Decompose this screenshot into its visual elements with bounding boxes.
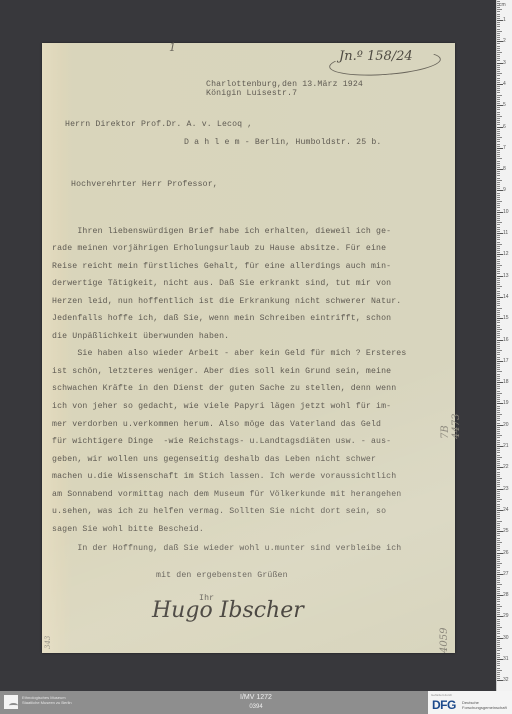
ruler-minor-tick bbox=[497, 450, 500, 451]
ruler-minor-tick bbox=[497, 395, 500, 396]
ruler-minor-tick bbox=[497, 418, 500, 419]
ruler-minor-tick bbox=[497, 316, 500, 317]
ruler-minor-tick bbox=[497, 193, 500, 194]
ruler-minor-tick bbox=[497, 410, 500, 411]
ruler-minor-tick bbox=[497, 627, 502, 628]
ruler-minor-tick bbox=[497, 399, 500, 400]
ruler-minor-tick bbox=[497, 333, 500, 334]
ruler-minor-tick bbox=[497, 67, 500, 68]
ruler-minor-tick bbox=[497, 3, 500, 4]
ruler-minor-tick bbox=[497, 593, 500, 594]
ruler-label: 4 bbox=[503, 82, 506, 87]
ruler-minor-tick bbox=[497, 469, 500, 470]
ruler-minor-tick bbox=[497, 386, 500, 387]
ruler-minor-tick bbox=[497, 95, 502, 96]
margin-note-bottom-right: 4059 bbox=[439, 628, 450, 653]
ruler-minor-tick bbox=[497, 65, 500, 66]
closing: mit den ergebensten Grüßen bbox=[156, 571, 288, 581]
signature: Hugo Ibscher bbox=[152, 598, 304, 623]
ruler-minor-tick bbox=[497, 589, 500, 590]
ruler-minor-tick bbox=[497, 129, 500, 130]
ruler-minor-tick bbox=[497, 135, 500, 136]
ruler-minor-tick bbox=[497, 653, 500, 654]
ruler-minor-tick bbox=[497, 152, 500, 153]
ruler-minor-tick bbox=[497, 50, 500, 51]
ruler-minor-tick bbox=[497, 295, 500, 296]
body-line: die Unpäßlichkeit überwunden haben. bbox=[52, 332, 229, 342]
ruler-minor-tick bbox=[497, 380, 500, 381]
ruler-minor-tick bbox=[497, 397, 500, 398]
ruler-minor-tick bbox=[497, 401, 500, 402]
ruler-minor-tick bbox=[497, 376, 500, 377]
ruler-minor-tick bbox=[497, 56, 500, 57]
ruler-minor-tick bbox=[497, 325, 500, 326]
ruler-minor-tick bbox=[497, 231, 500, 232]
ruler-minor-tick bbox=[497, 465, 500, 466]
ruler-minor-tick bbox=[497, 92, 500, 93]
ruler-minor-tick bbox=[497, 482, 500, 483]
ruler-minor-tick bbox=[497, 648, 502, 649]
ruler-label: 18 bbox=[503, 380, 509, 385]
ruler-label: 9 bbox=[503, 188, 506, 193]
ruler-minor-tick bbox=[497, 365, 500, 366]
ruler-label: 26 bbox=[503, 551, 509, 556]
ruler-minor-tick bbox=[497, 363, 500, 364]
ruler-minor-tick bbox=[497, 120, 500, 121]
ruler-minor-tick bbox=[497, 412, 500, 413]
ruler-minor-tick bbox=[497, 378, 500, 379]
ruler-minor-tick bbox=[497, 614, 500, 615]
ruler-minor-tick bbox=[497, 623, 500, 624]
ruler-minor-tick bbox=[497, 261, 500, 262]
ruler-minor-tick bbox=[497, 312, 500, 313]
ruler-minor-tick bbox=[497, 54, 500, 55]
ruler-minor-tick bbox=[497, 604, 500, 605]
ruler-minor-tick bbox=[497, 80, 500, 81]
margin-note-right: 7B 4473 bbox=[440, 414, 462, 439]
ruler-minor-tick bbox=[497, 420, 500, 421]
ruler-minor-tick bbox=[497, 82, 500, 83]
ruler-minor-tick bbox=[497, 493, 500, 494]
ruler-minor-tick bbox=[497, 322, 500, 323]
ruler-minor-tick bbox=[497, 35, 500, 36]
ruler-minor-tick bbox=[497, 214, 500, 215]
ruler-minor-tick bbox=[497, 393, 502, 394]
ruler-minor-tick bbox=[497, 201, 502, 202]
ruler-minor-tick bbox=[497, 491, 500, 492]
ruler-minor-tick bbox=[497, 391, 500, 392]
recipient-line-1: Herrn Direktor Prof.Dr. A. v. Lecoq , bbox=[65, 120, 252, 130]
ruler-minor-tick bbox=[497, 163, 500, 164]
sender-address: Königin Luisestr.7 bbox=[206, 89, 297, 99]
ruler-minor-tick bbox=[497, 137, 502, 138]
ruler-minor-tick bbox=[497, 75, 500, 76]
ruler-minor-tick bbox=[497, 408, 500, 409]
ruler-minor-tick bbox=[497, 22, 500, 23]
ruler-minor-tick bbox=[497, 73, 502, 74]
ruler-minor-tick bbox=[497, 476, 500, 477]
ruler-minor-tick bbox=[497, 478, 502, 479]
ruler-minor-tick bbox=[497, 288, 500, 289]
ruler-minor-tick bbox=[497, 141, 500, 142]
body-line: ich von jeher so gedacht, wie viele Papy… bbox=[52, 402, 391, 412]
ruler-minor-tick bbox=[497, 239, 500, 240]
ruler-label: 32 bbox=[503, 678, 509, 683]
ruler-minor-tick bbox=[497, 97, 500, 98]
ruler-minor-tick bbox=[497, 293, 500, 294]
ruler-minor-tick bbox=[497, 374, 500, 375]
ruler-minor-tick bbox=[497, 497, 500, 498]
ruler-minor-tick bbox=[497, 154, 500, 155]
ruler-minor-tick bbox=[497, 435, 502, 436]
ruler-label: 8 bbox=[503, 167, 506, 172]
body-line: geben, wir wollen uns gegenseitig deshal… bbox=[52, 455, 376, 465]
body-line: u.sehen, was ich zu helfen vermag. Sollt… bbox=[52, 507, 386, 517]
ruler-minor-tick bbox=[497, 650, 500, 651]
ruler-minor-tick bbox=[497, 171, 500, 172]
ruler-minor-tick bbox=[497, 457, 502, 458]
measurement-ruler: cm 1234567891011121314151617181920212223… bbox=[496, 0, 512, 691]
ruler-minor-tick bbox=[497, 348, 500, 349]
ruler-label: 28 bbox=[503, 593, 509, 598]
ruler-minor-tick bbox=[497, 182, 500, 183]
ruler-minor-tick bbox=[497, 90, 500, 91]
ruler-label: 13 bbox=[503, 274, 509, 279]
ruler-minor-tick bbox=[497, 427, 500, 428]
ruler-minor-tick bbox=[497, 291, 500, 292]
body-line: Ihren liebenswürdigen Brief habe ich erh… bbox=[52, 227, 391, 237]
ruler-label: 10 bbox=[503, 210, 509, 215]
ruler-label: 2 bbox=[503, 39, 506, 44]
ruler-minor-tick bbox=[497, 506, 500, 507]
ruler-minor-tick bbox=[497, 173, 500, 174]
ruler-minor-tick bbox=[497, 606, 502, 607]
ruler-minor-tick bbox=[497, 633, 500, 634]
ruler-minor-tick bbox=[497, 555, 500, 556]
ruler-minor-tick bbox=[497, 674, 500, 675]
body-line: derwertige Tätigkeit, nicht aus. Daß Sie… bbox=[52, 279, 391, 289]
ruler-minor-tick bbox=[497, 301, 500, 302]
ruler-unit-label: cm bbox=[499, 2, 506, 8]
body-line: rade meinen vorjährigen Erholungsurlaub … bbox=[52, 244, 386, 254]
ruler-minor-tick bbox=[497, 440, 500, 441]
ruler-minor-tick bbox=[497, 580, 500, 581]
ruler-minor-tick bbox=[497, 329, 502, 330]
body-line: Jedenfalls hoffe ich, daß Sie, wenn mein… bbox=[52, 314, 391, 324]
ruler-minor-tick bbox=[497, 1, 500, 2]
ruler-minor-tick bbox=[497, 207, 500, 208]
ruler-minor-tick bbox=[497, 369, 500, 370]
body-line: In der Hoffnung, daß Sie wieder wohl u.m… bbox=[52, 544, 401, 554]
body-line: schwachen Kräfte in den Dienst der guten… bbox=[52, 384, 396, 394]
ruler-minor-tick bbox=[497, 495, 500, 496]
ruler-minor-tick bbox=[497, 665, 500, 666]
ruler-minor-tick bbox=[497, 516, 500, 517]
sponsor-supported-by: Gefördert durch bbox=[431, 693, 452, 697]
body-line: machen u.die Wissenschaft im Stich lasse… bbox=[52, 472, 396, 482]
ruler-minor-tick bbox=[497, 144, 500, 145]
ruler-minor-tick bbox=[497, 218, 500, 219]
ruler-label: 6 bbox=[503, 125, 506, 130]
ruler-minor-tick bbox=[497, 416, 500, 417]
ruler-minor-tick bbox=[497, 26, 500, 27]
ruler-minor-tick bbox=[497, 480, 500, 481]
ruler-minor-tick bbox=[497, 548, 500, 549]
ruler-minor-tick bbox=[497, 431, 500, 432]
ruler-minor-tick bbox=[497, 619, 500, 620]
ruler-minor-tick bbox=[497, 150, 500, 151]
ruler-minor-tick bbox=[497, 242, 500, 243]
ruler-minor-tick bbox=[497, 672, 500, 673]
ruler-minor-tick bbox=[497, 320, 500, 321]
ruler-label: 20 bbox=[503, 423, 509, 428]
ruler-minor-tick bbox=[497, 423, 500, 424]
ruler-minor-tick bbox=[497, 178, 500, 179]
ruler-minor-tick bbox=[497, 175, 500, 176]
salutation: Hochverehrter Herr Professor, bbox=[71, 180, 218, 190]
ruler-minor-tick bbox=[497, 88, 500, 89]
recipient-line-2: D a h l e m - Berlin, Humboldstr. 25 b. bbox=[184, 138, 381, 148]
ruler-minor-tick bbox=[497, 259, 500, 260]
ruler-label: 24 bbox=[503, 508, 509, 513]
ruler-minor-tick bbox=[497, 582, 500, 583]
ruler-label: 11 bbox=[503, 231, 508, 236]
ruler-minor-tick bbox=[497, 124, 500, 125]
ruler-minor-tick bbox=[497, 570, 500, 571]
ruler-minor-tick bbox=[497, 525, 500, 526]
ruler-label: 17 bbox=[503, 359, 509, 364]
ruler-minor-tick bbox=[497, 567, 500, 568]
ruler-minor-tick bbox=[497, 186, 500, 187]
ruler-minor-tick bbox=[497, 538, 500, 539]
ruler-minor-tick bbox=[497, 244, 502, 245]
ruler-label: 21 bbox=[503, 444, 509, 449]
ruler-minor-tick bbox=[497, 103, 500, 104]
ruler-minor-tick bbox=[497, 406, 500, 407]
ruler-minor-tick bbox=[497, 165, 500, 166]
body-line: sagen Sie wohl bitte Bescheid. bbox=[52, 525, 204, 535]
ruler-minor-tick bbox=[497, 271, 500, 272]
ruler-minor-tick bbox=[497, 668, 500, 669]
ruler-minor-tick bbox=[497, 640, 500, 641]
ruler-minor-tick bbox=[497, 11, 500, 12]
ruler-minor-tick bbox=[497, 486, 500, 487]
ruler-minor-tick bbox=[497, 384, 500, 385]
body-line: mer verdorben u.verkommen herum. Also mö… bbox=[52, 420, 381, 430]
ruler-minor-tick bbox=[497, 156, 500, 157]
viewer-footer: Ethnologisches Museum Staatliche Museen … bbox=[0, 691, 512, 714]
ruler-minor-tick bbox=[497, 314, 500, 315]
ruler-label: 12 bbox=[503, 252, 509, 257]
ruler-label: 23 bbox=[503, 487, 509, 492]
body-line: ist schön, letzteres weniger. Aber dies … bbox=[52, 367, 391, 377]
ruler-minor-tick bbox=[497, 342, 500, 343]
ruler-minor-tick bbox=[497, 60, 500, 61]
ruler-minor-tick bbox=[497, 472, 500, 473]
sponsor-name-line-2: Forschungsgemeinschaft bbox=[462, 705, 507, 710]
ruler-minor-tick bbox=[497, 444, 500, 445]
ruler-minor-tick bbox=[497, 642, 500, 643]
ruler-minor-tick bbox=[497, 282, 500, 283]
ruler-minor-tick bbox=[497, 114, 500, 115]
ruler-minor-tick bbox=[497, 86, 500, 87]
ruler-minor-tick bbox=[497, 5, 500, 6]
ruler-minor-tick bbox=[497, 158, 502, 159]
ruler-minor-tick bbox=[497, 504, 500, 505]
ruler-minor-tick bbox=[497, 661, 500, 662]
ruler-minor-tick bbox=[497, 224, 500, 225]
ruler-minor-tick bbox=[497, 278, 500, 279]
ruler-label: 3 bbox=[503, 61, 506, 66]
ruler-minor-tick bbox=[497, 631, 500, 632]
ruler-minor-tick bbox=[497, 429, 500, 430]
ruler-label: 29 bbox=[503, 614, 509, 619]
ruler-minor-tick bbox=[497, 118, 500, 119]
ruler-minor-tick bbox=[497, 227, 500, 228]
ruler-minor-tick bbox=[497, 455, 500, 456]
ruler-minor-tick bbox=[497, 303, 500, 304]
ruler-minor-tick bbox=[497, 280, 500, 281]
ruler-minor-tick bbox=[497, 146, 500, 147]
ruler-minor-tick bbox=[497, 676, 500, 677]
ruler-minor-tick bbox=[497, 563, 502, 564]
ruler-minor-tick bbox=[497, 474, 500, 475]
ruler-minor-tick bbox=[497, 499, 502, 500]
ruler-minor-tick bbox=[497, 601, 500, 602]
ruler-minor-tick bbox=[497, 248, 500, 249]
ruler-minor-tick bbox=[497, 629, 500, 630]
ruler-minor-tick bbox=[497, 33, 500, 34]
ruler-minor-tick bbox=[497, 269, 500, 270]
ruler-minor-tick bbox=[497, 46, 500, 47]
ruler-minor-tick bbox=[497, 43, 500, 44]
ruler-minor-tick bbox=[497, 331, 500, 332]
ruler-label: 14 bbox=[503, 295, 509, 300]
ruler-minor-tick bbox=[497, 246, 500, 247]
ruler-minor-tick bbox=[497, 344, 500, 345]
ruler-label: 1 bbox=[503, 18, 506, 23]
ruler-minor-tick bbox=[497, 48, 500, 49]
body-line: für wichtigere Dinge -wie Reichstags- u.… bbox=[52, 437, 391, 447]
ruler-minor-tick bbox=[497, 636, 500, 637]
ruler-minor-tick bbox=[497, 357, 500, 358]
ruler-minor-tick bbox=[497, 621, 500, 622]
ruler-minor-tick bbox=[497, 327, 500, 328]
ruler-label: 27 bbox=[503, 572, 509, 577]
ruler-minor-tick bbox=[497, 546, 500, 547]
ruler-minor-tick bbox=[497, 139, 500, 140]
ruler-minor-tick bbox=[497, 367, 500, 368]
ruler-minor-tick bbox=[497, 463, 500, 464]
ruler-minor-tick bbox=[497, 216, 500, 217]
ruler-minor-tick bbox=[497, 644, 500, 645]
ruler-minor-tick bbox=[497, 557, 500, 558]
ruler-minor-tick bbox=[497, 161, 500, 162]
ruler-minor-tick bbox=[497, 572, 500, 573]
ruler-minor-tick bbox=[497, 625, 500, 626]
ruler-minor-tick bbox=[497, 371, 502, 372]
ruler-minor-tick bbox=[497, 39, 500, 40]
ruler-minor-tick bbox=[497, 512, 500, 513]
ruler-label: 25 bbox=[503, 529, 509, 534]
page-mark: 1 bbox=[169, 41, 176, 54]
ruler-minor-tick bbox=[497, 459, 500, 460]
ruler-minor-tick bbox=[497, 109, 500, 110]
ruler-minor-tick bbox=[497, 514, 500, 515]
body-line: Reise reicht mein fürstliches Gehalt, fü… bbox=[52, 262, 391, 272]
ruler-minor-tick bbox=[497, 29, 500, 30]
ruler-minor-tick bbox=[497, 203, 500, 204]
ruler-minor-tick bbox=[497, 52, 502, 53]
ruler-minor-tick bbox=[497, 18, 500, 19]
ruler-minor-tick bbox=[497, 354, 500, 355]
ruler-label: 30 bbox=[503, 636, 509, 641]
ruler-minor-tick bbox=[497, 222, 502, 223]
ruler-minor-tick bbox=[497, 359, 500, 360]
ruler-minor-tick bbox=[497, 484, 500, 485]
ruler-minor-tick bbox=[497, 501, 500, 502]
archive-reference: Jn.º 158/24 bbox=[339, 49, 413, 64]
ruler-minor-tick bbox=[497, 184, 500, 185]
ruler-minor-tick bbox=[497, 565, 500, 566]
ruler-minor-tick bbox=[497, 237, 500, 238]
ruler-label: 16 bbox=[503, 338, 509, 343]
ruler-minor-tick bbox=[497, 346, 500, 347]
dfg-logo-icon: DFG bbox=[432, 698, 456, 712]
ruler-minor-tick bbox=[497, 518, 500, 519]
ruler-minor-tick bbox=[497, 58, 500, 59]
ruler-minor-tick bbox=[497, 310, 500, 311]
body-line: Sie haben also wieder Arbeit - aber kein… bbox=[52, 349, 406, 359]
ruler-minor-tick bbox=[497, 31, 502, 32]
ruler-minor-tick bbox=[497, 273, 500, 274]
ruler-minor-tick bbox=[497, 265, 502, 266]
ruler-minor-tick bbox=[497, 99, 500, 100]
ruler-minor-tick bbox=[497, 122, 500, 123]
body-line: am Sonnabend vormittag nach dem Museum f… bbox=[52, 490, 401, 500]
ruler-minor-tick bbox=[497, 414, 502, 415]
ruler-minor-tick bbox=[497, 597, 500, 598]
ruler-minor-tick bbox=[497, 670, 502, 671]
ruler-minor-tick bbox=[497, 205, 500, 206]
ruler-minor-tick bbox=[497, 284, 500, 285]
ruler-minor-tick bbox=[497, 578, 500, 579]
ruler-minor-tick bbox=[497, 305, 500, 306]
ruler-minor-tick bbox=[497, 308, 502, 309]
ruler-minor-tick bbox=[497, 576, 500, 577]
ruler-minor-tick bbox=[497, 442, 500, 443]
ruler-minor-tick bbox=[497, 195, 500, 196]
ruler-minor-tick bbox=[497, 220, 500, 221]
ruler-minor-tick bbox=[497, 433, 500, 434]
ruler-minor-tick bbox=[497, 678, 500, 679]
ruler-minor-tick bbox=[497, 69, 500, 70]
ruler-minor-tick bbox=[497, 559, 500, 560]
ruler-minor-tick bbox=[497, 540, 500, 541]
sponsor-name: Deutsche Forschungsgemeinschaft bbox=[462, 700, 507, 710]
ruler-minor-tick bbox=[497, 533, 500, 534]
ruler-minor-tick bbox=[497, 188, 500, 189]
ruler-minor-tick bbox=[497, 527, 500, 528]
ruler-minor-tick bbox=[497, 452, 500, 453]
ruler-minor-tick bbox=[497, 561, 500, 562]
ruler-minor-tick bbox=[497, 14, 500, 15]
ruler-minor-tick bbox=[497, 550, 500, 551]
ruler-minor-tick bbox=[497, 657, 500, 658]
ruler-minor-tick bbox=[497, 133, 500, 134]
margin-note-bottom-left: 343 bbox=[44, 636, 52, 649]
ruler-minor-tick bbox=[497, 529, 500, 530]
